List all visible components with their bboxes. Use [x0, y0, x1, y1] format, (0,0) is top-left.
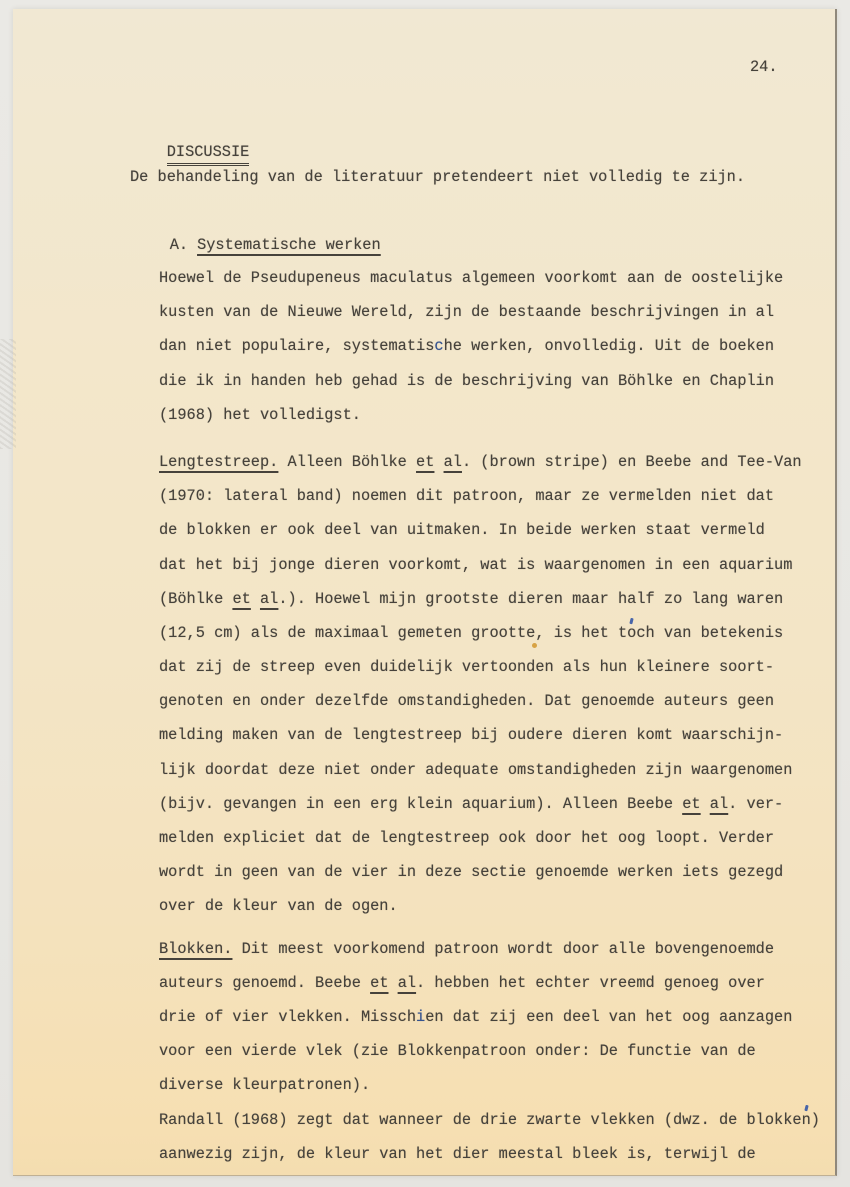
text-segment: wordt in geen van de vier in deze sectie…: [159, 863, 783, 881]
text-segment: dat het bij jonge dieren voorkomt, wat i…: [159, 556, 792, 574]
text-segment: (12,5 cm) als de maximaal gemeten groott…: [159, 624, 627, 642]
underlined-text: et: [416, 453, 434, 471]
text-line: die ik in handen heb gehad is de beschri…: [159, 364, 831, 398]
text-segment: Randall (1968) zegt dat wanneer de drie …: [159, 1111, 802, 1129]
text-segment: voor een vierde vlek (zie Blokkenpatroon…: [159, 1042, 756, 1060]
underlined-text: al: [444, 453, 462, 471]
underlined-text: Blokken.: [159, 940, 232, 958]
text-line: diverse kleurpatronen).: [159, 1068, 831, 1102]
text-segment: over de kleur van de ogen.: [159, 897, 398, 915]
scan-crinkle-artifact: [0, 339, 16, 449]
text-line: dan niet populaire, systematische werken…: [159, 329, 831, 363]
text-segment: ch van betekenis: [636, 624, 783, 642]
text-segment: c: [434, 337, 443, 355]
text-segment: [701, 795, 710, 813]
text-segment: genoten en onder dezelfde omstandigheden…: [159, 692, 774, 710]
underlined-text: Lengtestreep.: [159, 453, 278, 471]
text-segment: dan niet populaire, systematis: [159, 337, 434, 355]
text-segment: ): [811, 1111, 820, 1129]
text-line: (12,5 cm) als de maximaal gemeten groott…: [159, 616, 831, 650]
text-segment: de blokken er ook deel van uitmaken. In …: [159, 521, 765, 539]
text-segment: melding maken van de lengtestreep bij ou…: [159, 726, 783, 744]
underlined-text: al: [260, 590, 278, 608]
underlined-text: al: [710, 795, 728, 813]
paragraph: Randall (1968) zegt dat wanneer de drie …: [159, 1103, 831, 1171]
text-line: Randall (1968) zegt dat wanneer de drie …: [159, 1103, 831, 1137]
text-segment: drie of vier vlekken. Missch: [159, 1008, 416, 1026]
paragraphs: Hoewel de Pseudupeneus maculatus algemee…: [159, 261, 831, 1171]
text-segment: (Böhlke: [159, 590, 232, 608]
text-line: auteurs genoemd. Beebe et al. hebben het…: [159, 966, 831, 1000]
text-segment: [434, 453, 443, 471]
text-segment: aanwezig zijn, de kleur van het dier mee…: [159, 1145, 756, 1163]
intro-sentence: De behandeling van de literatuur pretend…: [130, 168, 745, 186]
text-line: de blokken er ook deel van uitmaken. In …: [159, 513, 831, 547]
text-segment: kusten van de Nieuwe Wereld, zijn de bes…: [159, 303, 774, 321]
text-line: over de kleur van de ogen.: [159, 889, 831, 923]
text-segment: . hebben het echter vreemd genoeg over: [416, 974, 765, 992]
paper-sheet: 24. DISCUSSIE De behandeling van de lite…: [13, 9, 837, 1176]
text-line: melden expliciet dat de lengtestreep ook…: [159, 821, 831, 855]
text-line: (Böhlke et al.). Hoewel mijn grootste di…: [159, 582, 831, 616]
text-segment: lijk doordat deze niet onder adequate om…: [159, 761, 792, 779]
text-line: drie of vier vlekken. Misschien dat zij …: [159, 1000, 831, 1034]
text-segment: he werken, onvolledig. Uit de boeken: [444, 337, 774, 355]
pen-marked-char: n: [802, 1111, 811, 1129]
document-heading-text: DISCUSSIE: [167, 143, 250, 166]
underlined-text: et: [232, 590, 250, 608]
paragraph: Lengtestreep. Alleen Böhlke et al. (brow…: [159, 445, 831, 924]
text-line: kusten van de Nieuwe Wereld, zijn de bes…: [159, 295, 831, 329]
text-line: lijk doordat deze niet onder adequate om…: [159, 753, 831, 787]
text-line: melding maken van de lengtestreep bij ou…: [159, 718, 831, 752]
underlined-text: al: [398, 974, 416, 992]
text-segment: Dit meest voorkomend patroon wordt door …: [232, 940, 774, 958]
text-line: aanwezig zijn, de kleur van het dier mee…: [159, 1137, 831, 1171]
text-line: Lengtestreep. Alleen Böhlke et al. (brow…: [159, 445, 831, 479]
text-segment: auteurs genoemd. Beebe: [159, 974, 370, 992]
pen-marked-char: o: [627, 624, 636, 642]
page-number: 24.: [750, 58, 778, 76]
text-segment: en dat zij een deel van het oog aanzagen: [425, 1008, 792, 1026]
underlined-text: et: [682, 795, 700, 813]
text-line: genoten en onder dezelfde omstandigheden…: [159, 684, 831, 718]
text-segment: (1968) het volledigst.: [159, 406, 361, 424]
text-segment: [389, 974, 398, 992]
section-label: A.: [170, 236, 188, 254]
text-segment: diverse kleurpatronen).: [159, 1076, 370, 1094]
text-line: dat zij de streep even duidelijk vertoon…: [159, 650, 831, 684]
text-segment: [251, 590, 260, 608]
text-line: voor een vierde vlek (zie Blokkenpatroon…: [159, 1034, 831, 1068]
scanned-typewritten-page: { "page_number": "24.", "heading": "DISC…: [0, 0, 850, 1187]
text-segment: Alleen Böhlke: [278, 453, 416, 471]
text-segment: i: [416, 1008, 425, 1026]
text-line: (1970: lateral band) noemen dit patroon,…: [159, 479, 831, 513]
text-line: Hoewel de Pseudupeneus maculatus algemee…: [159, 261, 831, 295]
text-line: dat het bij jonge dieren voorkomt, wat i…: [159, 548, 831, 582]
text-segment: (bijv. gevangen in een erg klein aquariu…: [159, 795, 682, 813]
text-segment: (1970: lateral band) noemen dit patroon,…: [159, 487, 774, 505]
paragraph: Blokken. Dit meest voorkomend patroon wo…: [159, 932, 831, 1103]
text-line: Blokken. Dit meest voorkomend patroon wo…: [159, 932, 831, 966]
text-line: (bijv. gevangen in een erg klein aquariu…: [159, 787, 831, 821]
text-segment: melden expliciet dat de lengtestreep ook…: [159, 829, 774, 847]
paragraph: Hoewel de Pseudupeneus maculatus algemee…: [159, 261, 831, 432]
text-segment: die ik in handen heb gehad is de beschri…: [159, 372, 774, 390]
section-title: Systematische werken: [197, 236, 381, 254]
text-segment: . ver-: [728, 795, 783, 813]
text-line: wordt in geen van de vier in deze sectie…: [159, 855, 831, 889]
text-segment: . (brown stripe) en Beebe and Tee-Van: [462, 453, 802, 471]
text-line: (1968) het volledigst.: [159, 398, 831, 432]
text-segment: dat zij de streep even duidelijk vertoon…: [159, 658, 774, 676]
stray-ink-dot: [532, 643, 537, 648]
text-segment: .). Hoewel mijn grootste dieren maar hal…: [278, 590, 783, 608]
text-segment: Hoewel de Pseudupeneus maculatus algemee…: [159, 269, 783, 287]
underlined-text: et: [370, 974, 388, 992]
